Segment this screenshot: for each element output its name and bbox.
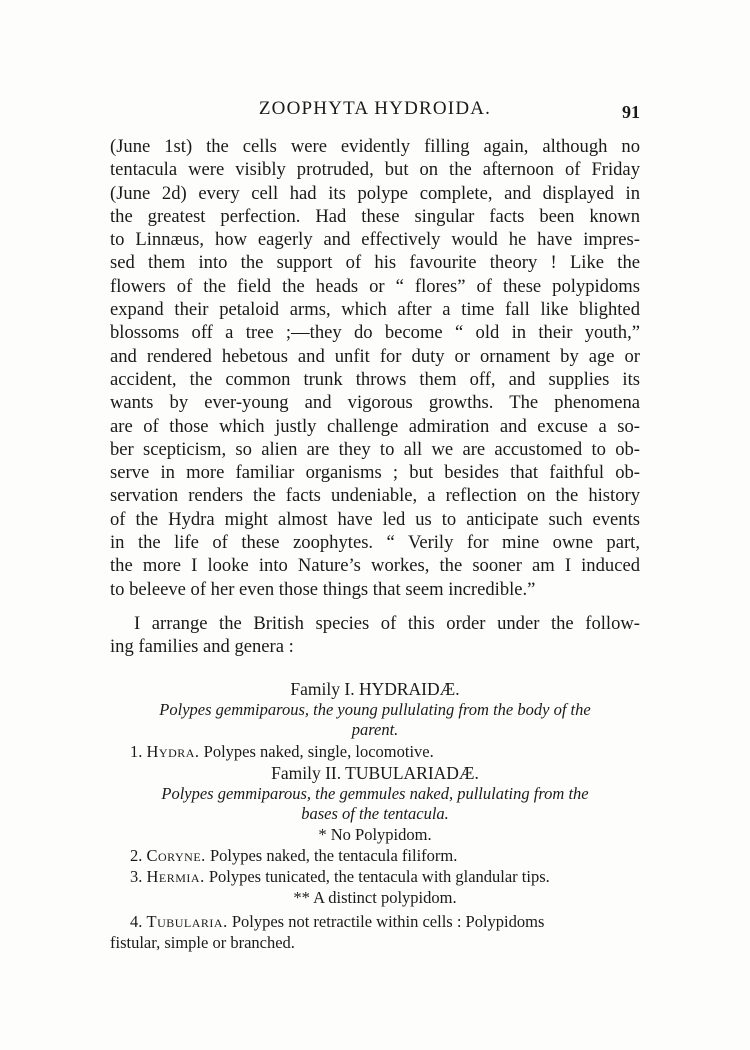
genus-name: Coryne.: [147, 846, 206, 865]
genus-name: Hydra.: [147, 742, 200, 761]
text-line: serve in more familiar organisms ; but b…: [110, 461, 640, 484]
text-line: servation renders the facts undeniable, …: [110, 484, 640, 507]
genus-entry: 3. Hermia. Polypes tunicated, the tentac…: [110, 866, 640, 887]
family-title: Family I. HYDRAIDÆ.: [110, 678, 640, 700]
running-title: ZOOPHYTA HYDROIDA.: [110, 98, 640, 120]
text-line: to Linnæus, how eagerly and effectively …: [110, 228, 640, 251]
text-line: accident, the common trunk throws them o…: [110, 368, 640, 391]
genus-number: 4.: [130, 912, 142, 931]
genus-text: Polypes not retractile within cells : Po…: [232, 912, 545, 931]
family-tubulariadae: Family II. TUBULARIADÆ. Polypes gemmipar…: [110, 762, 640, 953]
family-description: Polypes gemmiparous, the young pullulati…: [110, 700, 640, 720]
genus-number: 3.: [130, 867, 142, 886]
text-line: (June 1st) the cells were evidently fill…: [110, 135, 640, 158]
genus-continuation: fistular, simple or branched.: [110, 932, 640, 953]
text-line: of the Hydra might almost have led us to…: [110, 508, 640, 531]
genus-entry: 2. Coryne. Polypes naked, the tentacula …: [110, 845, 640, 866]
text-line: to beleeve of her even those things that…: [110, 578, 640, 601]
text-line: (June 2d) every cell had its polype comp…: [110, 182, 640, 205]
text-line: the more I looke into Nature’s workes, t…: [110, 554, 640, 577]
family-description: Polypes gemmiparous, the gemmules naked,…: [110, 784, 640, 804]
text-line: flowers of the field the heads or “ flor…: [110, 275, 640, 298]
text-line: ing families and genera :: [110, 635, 640, 658]
paragraph-1: (June 1st) the cells were evidently fill…: [110, 135, 640, 601]
genus-number: 1.: [130, 742, 142, 761]
genus-name: Tubularia.: [147, 912, 228, 931]
book-page: ZOOPHYTA HYDROIDA. 91 (June 1st) the cel…: [0, 0, 750, 1050]
text-line: the greatest perfection. Had these singu…: [110, 205, 640, 228]
section-heading: * No Polypidom.: [110, 824, 640, 845]
family-hydraidae: Family I. HYDRAIDÆ. Polypes gemmiparous,…: [110, 678, 640, 762]
text-line: are of those which justly challenge admi…: [110, 415, 640, 438]
genus-text: Polypes naked, the tentacula filiform.: [210, 846, 457, 865]
family-description: parent.: [110, 720, 640, 740]
section-heading: ** A distinct polypidom.: [110, 887, 640, 908]
paragraph-2: I arrange the British species of this or…: [110, 612, 640, 659]
genus-entry: 1. Hydra. Polypes naked, single, locomot…: [110, 741, 640, 762]
family-title: Family II. TUBULARIADÆ.: [110, 762, 640, 784]
text-line: sed them into the support of his favouri…: [110, 251, 640, 274]
genus-number: 2.: [130, 846, 142, 865]
text-line: ber scepticism, so alien are they to all…: [110, 438, 640, 461]
genus-name: Hermia.: [147, 867, 205, 886]
page-number: 91: [622, 102, 640, 123]
genus-text: Polypes tunicated, the tentacula with gl…: [209, 867, 550, 886]
text-line: and rendered hebetous and unfit for duty…: [110, 345, 640, 368]
text-line: wants by ever-young and vigorous growths…: [110, 391, 640, 414]
text-line: expand their petaloid arms, which after …: [110, 298, 640, 321]
text-line: tentacula were visibly protruded, but on…: [110, 158, 640, 181]
family-description: bases of the tentacula.: [110, 804, 640, 824]
text-line: I arrange the British species of this or…: [110, 612, 640, 635]
page-header: ZOOPHYTA HYDROIDA. 91: [110, 98, 640, 124]
text-line: in the life of these zoophytes. “ Verily…: [110, 531, 640, 554]
genus-text: Polypes naked, single, locomotive.: [204, 742, 434, 761]
text-line: blossoms off a tree ;—they do become “ o…: [110, 321, 640, 344]
genus-entry: 4. Tubularia. Polypes not retractile wit…: [110, 911, 640, 932]
